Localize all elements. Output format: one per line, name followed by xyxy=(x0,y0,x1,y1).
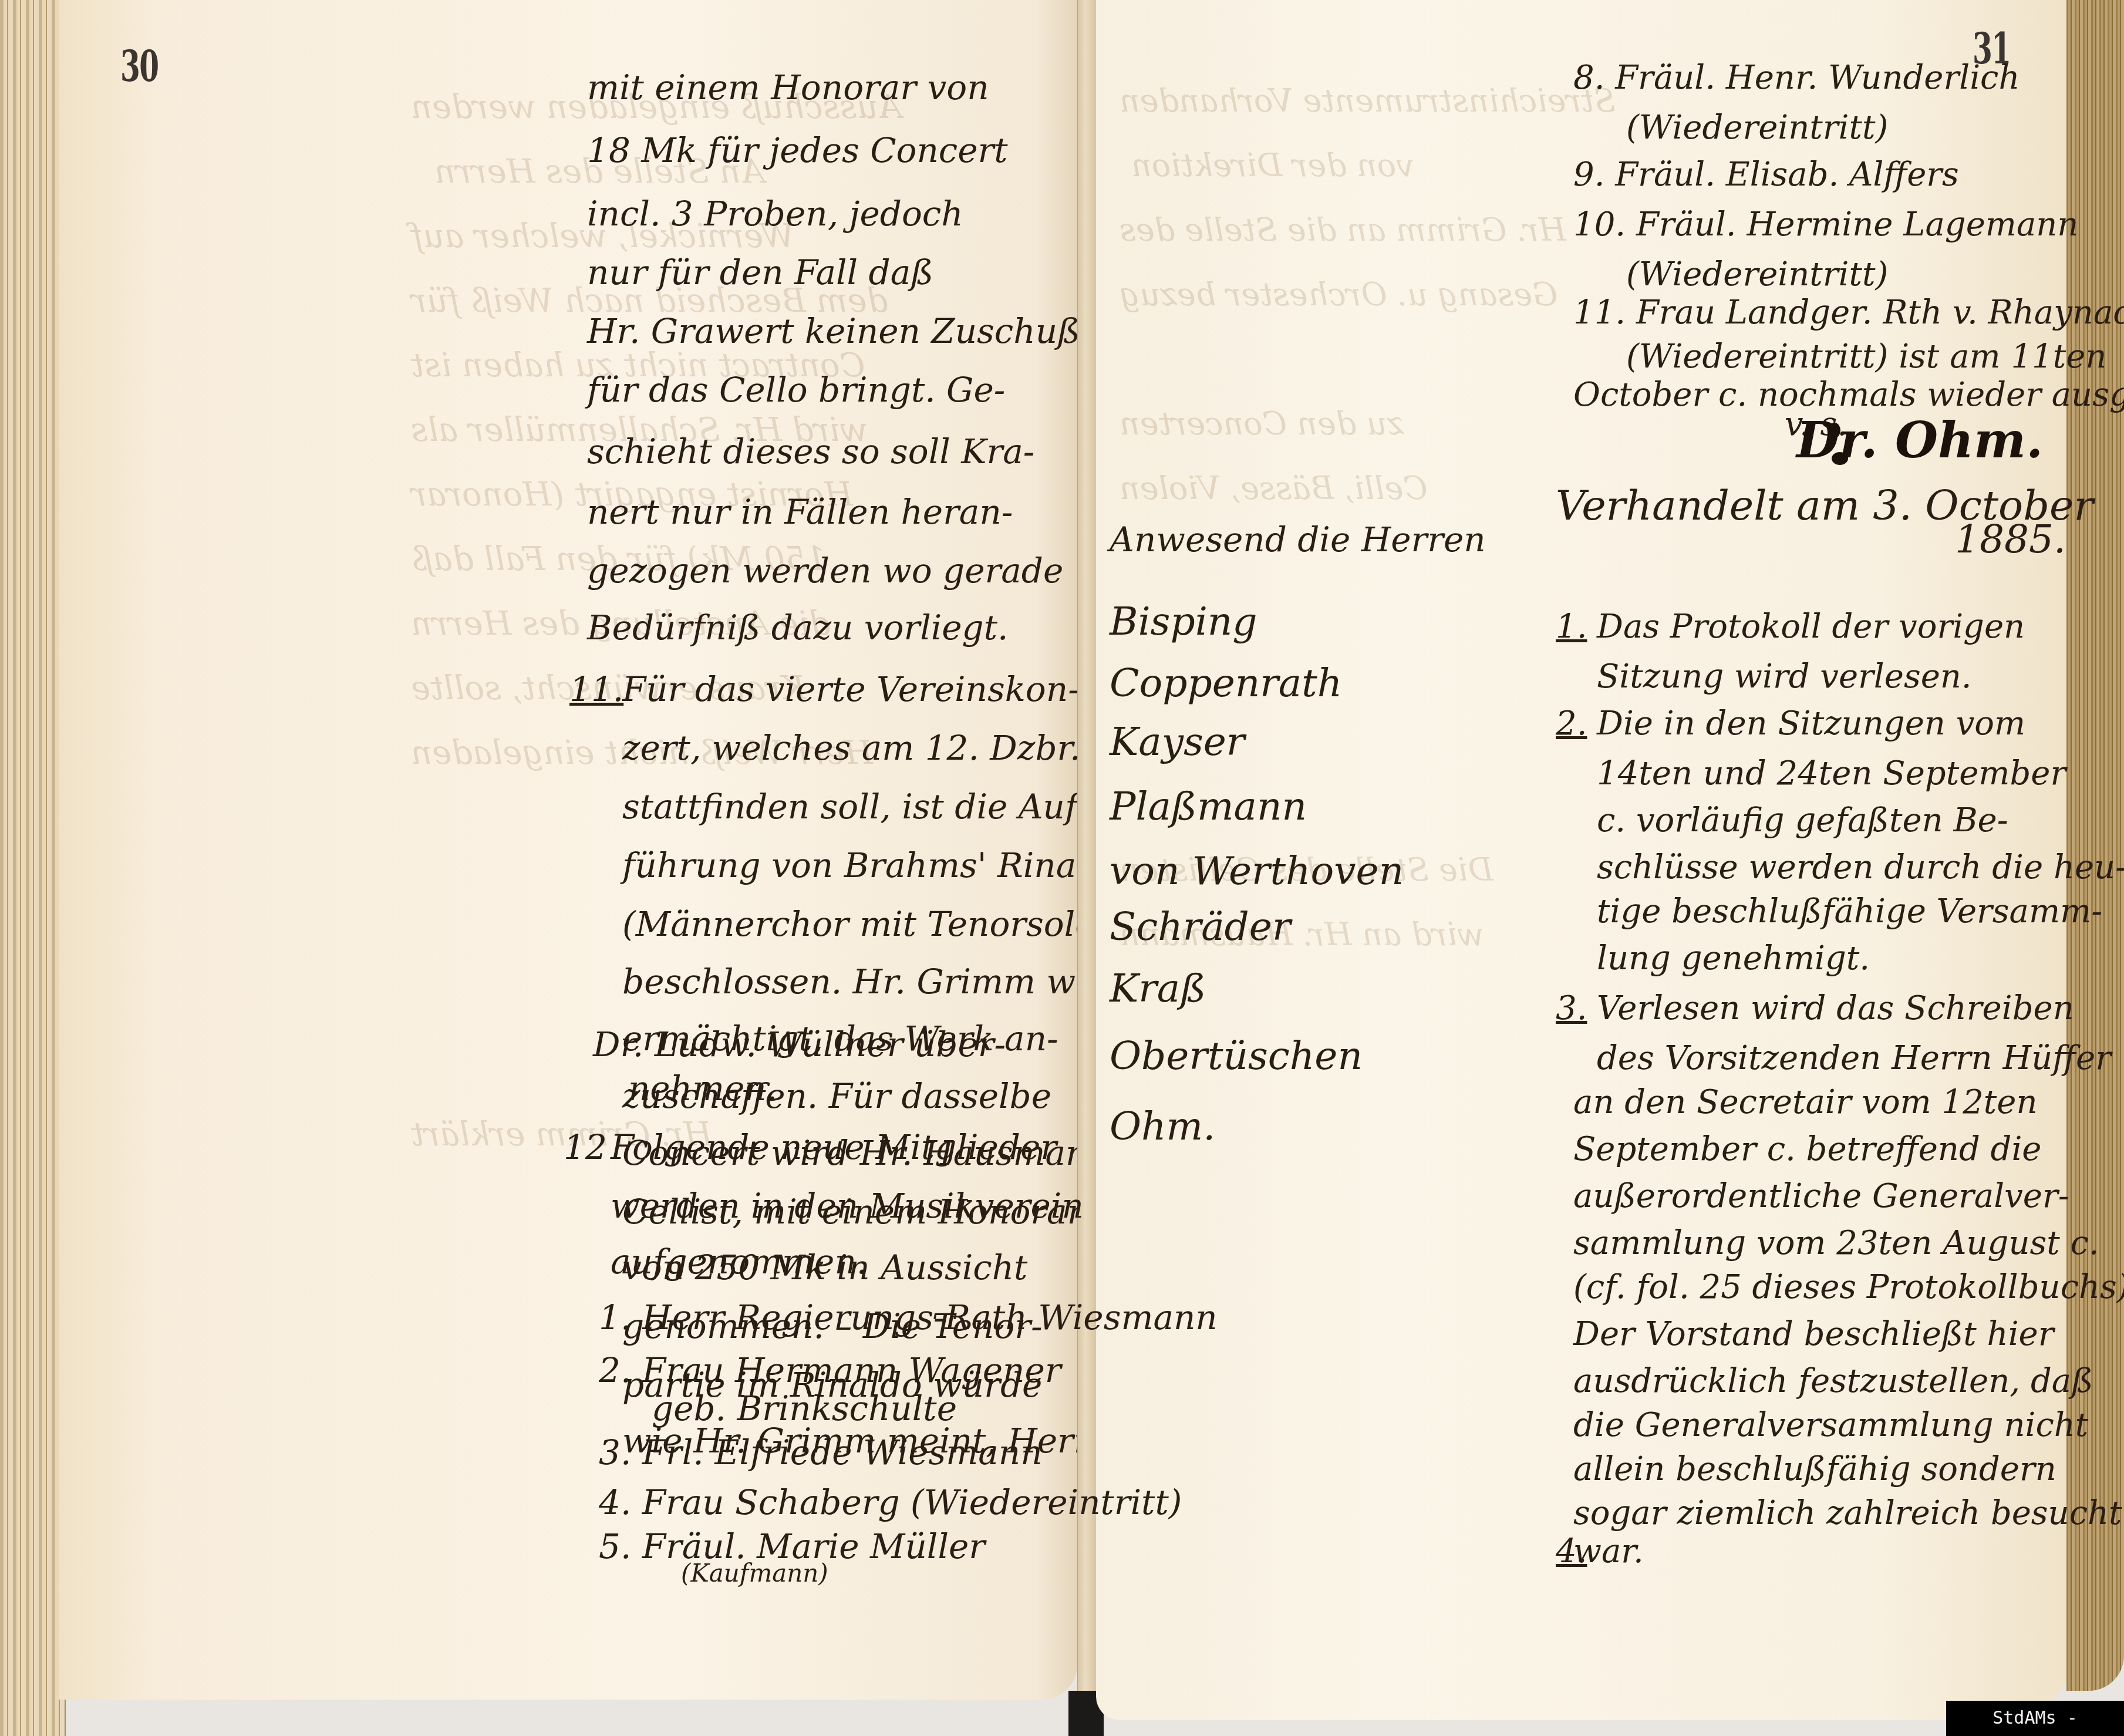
attendee-name: Schräder xyxy=(1110,904,1290,949)
attendee-name: Kayser xyxy=(1110,719,1245,764)
attendee-name: Bisping xyxy=(1110,599,1257,644)
attendee-name: von Werthoven xyxy=(1110,848,1404,894)
member-name: Frau Schaberg (Wiedereintritt) xyxy=(642,1482,1182,1522)
left-page-item-12: nehmen. 12 Folgende neue Mitglieder werd… xyxy=(564,0,1080,1700)
text-line: werden in den Musikverein xyxy=(611,1186,1084,1226)
member-number: 1. xyxy=(599,1297,631,1337)
text-line: nehmen. xyxy=(628,1068,777,1108)
member-entry: 3. Frl. Elfriede Wiesmann xyxy=(599,1432,1043,1472)
member-number: 4. xyxy=(599,1482,631,1522)
member-note: (Kaufmann) xyxy=(681,1559,828,1587)
member-entry: 4. Frau Schaberg (Wiedereintritt) xyxy=(599,1482,1182,1522)
attendees-heading: Anwesend die Herren xyxy=(1110,520,1486,559)
item-number: 4. xyxy=(1556,1532,1587,1570)
attendee-name: Kraß xyxy=(1110,966,1206,1011)
member-number: 2. xyxy=(599,1350,631,1390)
left-page-edges xyxy=(0,0,66,1736)
session-item-4: 4. xyxy=(1556,0,2072,1703)
member-number: 5. xyxy=(599,1526,631,1566)
attendee-name: Ohm. xyxy=(1110,1104,1215,1149)
member-number: 3. xyxy=(599,1432,631,1472)
attendee-name: Coppenrath xyxy=(1110,660,1342,706)
attendees-list: Anwesend die Herren Bisping Coppenrath K… xyxy=(1110,0,1556,1174)
member-name: Frau Hermann Wagener xyxy=(642,1350,1061,1390)
page-number-left: 30 xyxy=(120,41,159,91)
member-entry: 1. Herr Regierungs-Rath Wiesmann xyxy=(599,1297,1218,1337)
open-book-spread: Ausschuß eingeladen werden An Stelle des… xyxy=(0,0,2124,1736)
archive-reference-label: StdAMs - MV_004_044 xyxy=(1946,1701,2124,1736)
attendee-name: Plaßmann xyxy=(1110,784,1307,829)
text-line: aufgenommen. xyxy=(611,1242,867,1282)
member-entry: 2. Frau Hermann Wagener xyxy=(599,1350,1061,1390)
attendee-name: Obertüschen xyxy=(1110,1033,1363,1078)
member-name: Frl. Elfriede Wiesmann xyxy=(642,1432,1043,1472)
text-line: Folgende neue Mitglieder xyxy=(611,1127,1057,1167)
member-name: Herr Regierungs-Rath Wiesmann xyxy=(642,1297,1218,1337)
book-gutter xyxy=(1077,0,1097,1720)
item-number: 12 xyxy=(564,1127,607,1167)
member-note: geb. Brinkschulte xyxy=(652,1388,957,1428)
